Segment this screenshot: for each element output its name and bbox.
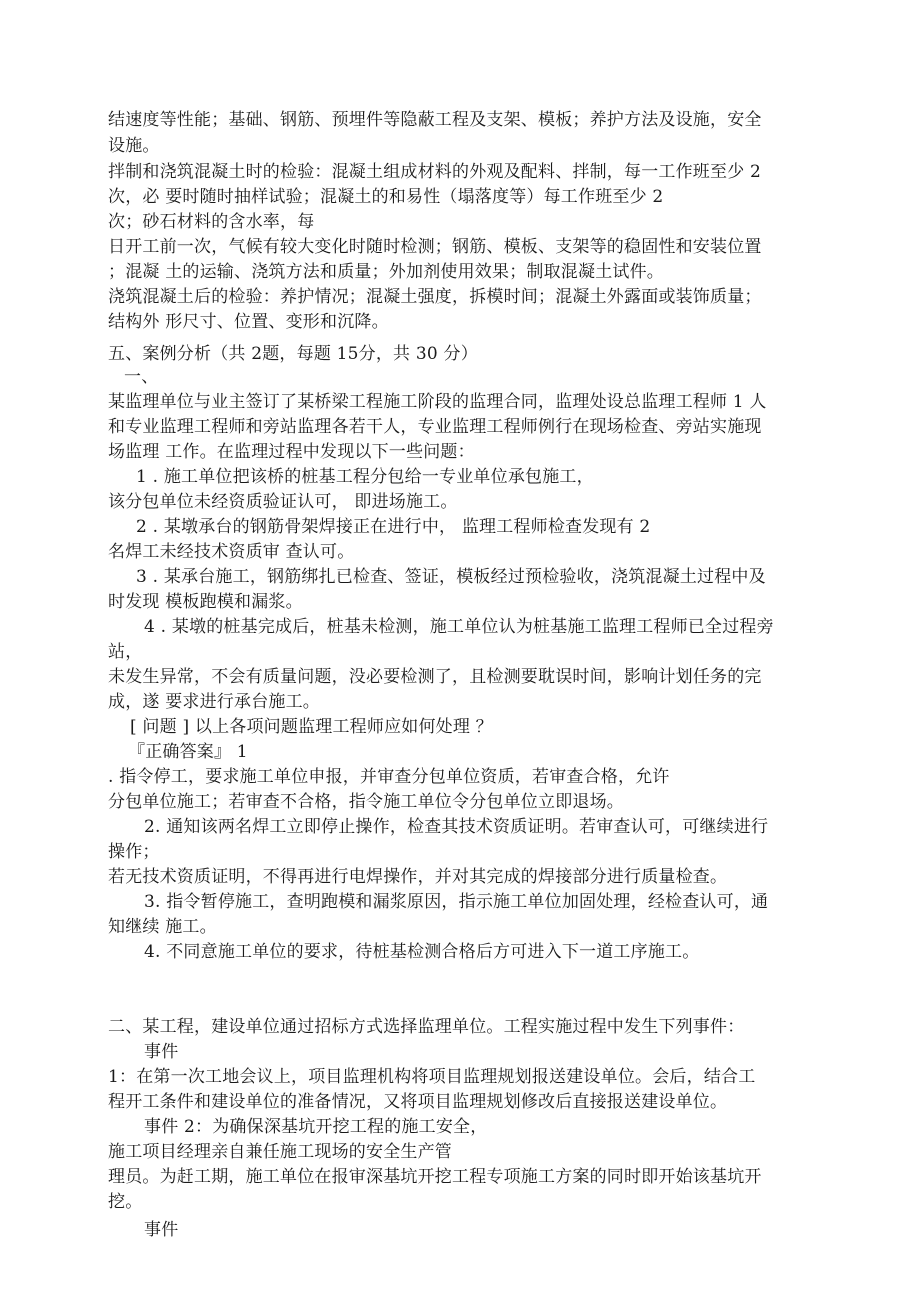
text-line: 时发现 模板跑模和漏浆。 bbox=[108, 591, 303, 613]
text-line: 某监理单位与业主签订了某桥梁工程施工阶段的监理合同，监理处设总监理工程师 1 人 bbox=[108, 391, 767, 413]
text-line: 理员。为赶工期，施工单位在报审深基坑开挖工程专项施工方案的同时即开始该基坑开 bbox=[108, 1166, 762, 1188]
list-item: 4 . 某墩的桩基完成后，桩基未检测，施工单位认为桩基施工监理工程师已全过程旁 bbox=[144, 616, 774, 638]
text-line: 成，遂 要求进行承台施工。 bbox=[108, 691, 320, 713]
text-line: 次，必 要时随时抽样试验；混凝土的和易性（塌落度等）每工作班至少 2 bbox=[108, 186, 663, 208]
text-line: 浇筑混凝土后的检验：养护情况；混凝土强度，拆模时间；混凝土外露面或装饰质量； bbox=[108, 286, 762, 308]
text-line: . 指令停工，要求施工单位申报，并审查分包单位资质，若审查合格，允许 bbox=[108, 766, 670, 788]
list-item: 1 . 施工单位把该桥的桩基工程分包给一专业单位承包施工， bbox=[136, 466, 594, 488]
text-line: 该分包单位未经资质验证认可， 即进场施工。 bbox=[108, 491, 458, 513]
text-line: 1：在第一次工地会议上，项目监理机构将项目监理规划报送建设单位。会后，结合工 bbox=[108, 1066, 755, 1088]
text-line: 名焊工未经技术资质审 查认可。 bbox=[108, 541, 354, 563]
section-heading: 五、案例分析（共 2题，每题 15分，共 30 分） bbox=[108, 343, 478, 365]
text-line: 和专业监理工程师和旁站监理各若干人，专业监理工程师例行在现场检查、旁站实施现 bbox=[108, 416, 762, 438]
event-label: 事件 bbox=[144, 1219, 178, 1241]
event-label: 事件 bbox=[144, 1041, 178, 1063]
text-line: 次；砂石材料的含水率，每 bbox=[108, 211, 314, 233]
text-line: 日开工前一次，气候有较大变化时随时检测；钢筋、模板、支架等的稳固性和安装位置 bbox=[108, 236, 762, 258]
question-line: [ 问题 ] 以上各项问题监理工程师应如何处理 ？ bbox=[130, 716, 493, 738]
text-line: 未发生异常，不会有质量问题，没必要检测了，且检测要耽误时间，影响计划任务的完 bbox=[108, 666, 762, 688]
text-line: 知继续 施工。 bbox=[108, 916, 217, 938]
list-item: 4. 不同意施工单位的要求，待桩基检测合格后方可进入下一道工序施工。 bbox=[144, 941, 699, 963]
case-heading: 二、某工程，建设单位通过招标方式选择监理单位。工程实施过程中发生下列事件： bbox=[108, 1016, 744, 1038]
text-line: 设施。 bbox=[108, 135, 160, 157]
list-item: 3. 指令暂停施工，查明跑模和漏浆原因，指示施工单位加固处理，经检查认可，通 bbox=[144, 891, 768, 913]
document-page: 结速度等性能；基础、钢筋、预埋件等隐蔽工程及支架、模板；养护方法及设施，安全 设… bbox=[0, 0, 920, 1303]
list-item: 2 . 某墩承台的钢筋骨架焊接正在进行中， 监理工程师检查发现有 2 bbox=[136, 516, 650, 538]
text-line: 若无技术资质证明，不得再进行电焊操作，并对其完成的焊接部分进行质量检查。 bbox=[108, 866, 727, 888]
case-number: 一、 bbox=[124, 366, 158, 388]
text-line: 施工项目经理亲自兼任施工现场的安全生产管 bbox=[108, 1141, 452, 1163]
list-item: 2. 通知该两名焊工立即停止操作，检查其技术资质证明。若审查认可，可继续进行 bbox=[144, 816, 768, 838]
text-line: ；混凝 土的运输、浇筑方法和质量；外加剂使用效果；制取混凝土试件。 bbox=[108, 261, 664, 283]
text-line: 结速度等性能；基础、钢筋、预埋件等隐蔽工程及支架、模板；养护方法及设施，安全 bbox=[108, 109, 762, 131]
text-line: 分包单位施工；若审查不合格，指令施工单位令分包单位立即退场。 bbox=[108, 791, 624, 813]
list-item: 3 . 某承台施工，钢筋绑扎已检查、签证，模板经过预检验收，浇筑混凝土过程中及 bbox=[136, 566, 766, 588]
answer-heading: 『正确答案』 1 bbox=[128, 741, 248, 763]
text-line: 操作； bbox=[108, 841, 160, 863]
text-line: 场监理 工作。在监理过程中发现以下一些问题： bbox=[108, 441, 475, 463]
text-line: 拌制和浇筑混凝土时的检验：混凝土组成材料的外观及配料、拌制，每一工作班至少 2 bbox=[108, 161, 761, 183]
text-line: 挖。 bbox=[108, 1191, 142, 1213]
event-label: 事件 2：为确保深基坑开挖工程的施工安全， bbox=[144, 1116, 487, 1138]
text-line: 程开工条件和建设单位的准备情况，又将项目监理规划修改后直接报送建设单位。 bbox=[108, 1091, 727, 1113]
text-line: 站， bbox=[108, 641, 142, 663]
text-line: 结构外 形尺寸、位置、变形和沉降。 bbox=[108, 311, 389, 333]
